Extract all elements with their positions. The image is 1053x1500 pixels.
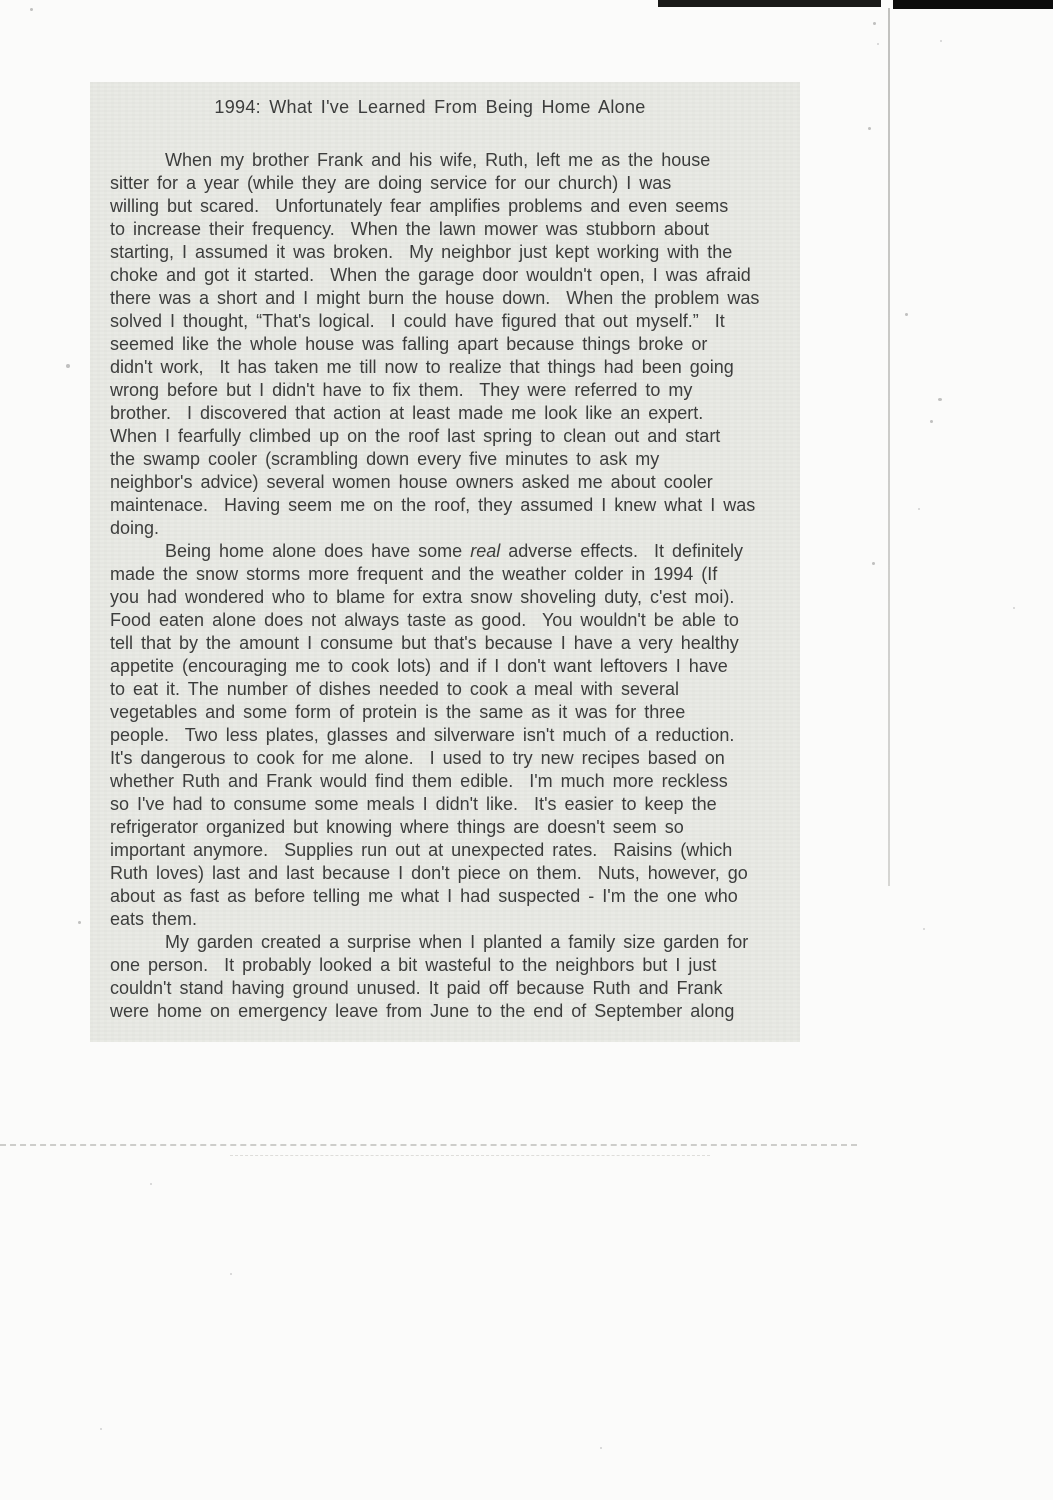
text-run: one person. It probably looked a bit was… [110, 955, 716, 975]
text-line: didn't work, It has taken me till now to… [110, 356, 780, 379]
text-line: choke and got it started. When the garag… [110, 264, 780, 287]
text-run: It's dangerous to cook for me alone. I u… [110, 748, 725, 768]
text-line: so I've had to consume some meals I didn… [110, 793, 780, 816]
document-page: 1994: What I've Learned From Being Home … [90, 82, 800, 1042]
text-line: maintenace. Having seem me on the roof, … [110, 494, 780, 517]
text-run: so I've had to consume some meals I didn… [110, 794, 717, 814]
paper-bottom-edge-dashed-line [0, 1144, 857, 1146]
text-run: eats them. [110, 909, 197, 929]
text-run: tell that by the amount I consume but th… [110, 633, 739, 653]
scan-speck [100, 1428, 102, 1430]
text-run: people. Two less plates, glasses and sil… [110, 725, 734, 745]
scan-speck [938, 398, 942, 401]
document-title: 1994: What I've Learned From Being Home … [110, 96, 750, 119]
text-line: tell that by the amount I consume but th… [110, 632, 780, 655]
text-run: My garden created a surprise when I plan… [165, 932, 748, 952]
text-run: couldn't stand having ground unused. It … [110, 978, 723, 998]
text-line: one person. It probably looked a bit was… [110, 954, 780, 977]
scan-speck [30, 8, 33, 11]
scan-speck [78, 921, 81, 924]
text-line: refrigerator organized but knowing where… [110, 816, 780, 839]
text-line: My garden created a surprise when I plan… [110, 931, 780, 954]
scanner-edge-bar-left [658, 0, 881, 7]
paragraph-house-sitting: When my brother Frank and his wife, Ruth… [110, 149, 780, 540]
text-run: adverse effects. It definitely [500, 541, 743, 561]
text-line: you had wondered who to blame for extra … [110, 586, 780, 609]
text-line: couldn't stand having ground unused. It … [110, 977, 780, 1000]
scan-speck [872, 562, 875, 565]
text-line: sitter for a year (while they are doing … [110, 172, 780, 195]
scan-speck [877, 43, 879, 45]
scan-speck [600, 1447, 602, 1449]
text-line: Ruth loves) last and last because I don'… [110, 862, 780, 885]
text-line: vegetables and some form of protein is t… [110, 701, 780, 724]
scan-speck [873, 22, 876, 25]
text-run: vegetables and some form of protein is t… [110, 702, 685, 722]
text-run: wrong before but I didn't have to fix th… [110, 380, 692, 400]
scan-speck [923, 928, 925, 930]
paragraph-home-alone-effects: Being home alone does have some real adv… [110, 540, 780, 931]
text-run: Being home alone does have some [165, 541, 470, 561]
scan-speck [868, 127, 871, 130]
scan-speck [918, 508, 920, 510]
paragraph-garden: My garden created a surprise when I plan… [110, 931, 780, 1023]
text-line: wrong before but I didn't have to fix th… [110, 379, 780, 402]
scan-speck [940, 40, 942, 42]
text-run: there was a short and I might burn the h… [110, 288, 759, 308]
text-run: solved I thought, “That's logical. I cou… [110, 311, 725, 331]
text-run: important anymore. Supplies run out at u… [110, 840, 732, 860]
text-run: about as fast as before telling me what … [110, 886, 738, 906]
scan-speck [230, 1273, 232, 1275]
text-run: sitter for a year (while they are doing … [110, 173, 671, 193]
scan-speck [66, 364, 70, 368]
text-line: made the snow storms more frequent and t… [110, 563, 780, 586]
text-run: Food eaten alone does not always taste a… [110, 610, 739, 630]
text-run: When my brother Frank and his wife, Ruth… [165, 150, 710, 170]
scan-speck [289, 382, 291, 384]
text-line: Being home alone does have some real adv… [110, 540, 780, 563]
text-run: appetite (encouraging me to cook lots) a… [110, 656, 728, 676]
scanned-document-background: { "colors": { "paper_bg": "#e8e9e4", "ou… [0, 0, 1053, 1500]
scan-speck [1013, 607, 1015, 609]
text-run: starting, I assumed it was broken. My ne… [110, 242, 732, 262]
text-run: willing but scared. Unfortunately fear a… [110, 196, 728, 216]
text-line: were home on emergency leave from June t… [110, 1000, 780, 1023]
paper-edge-vertical-line [888, 8, 890, 886]
text-line: brother. I discovered that action at lea… [110, 402, 780, 425]
text-line: solved I thought, “That's logical. I cou… [110, 310, 780, 333]
text-line: starting, I assumed it was broken. My ne… [110, 241, 780, 264]
text-line: willing but scared. Unfortunately fear a… [110, 195, 780, 218]
text-line: neighbor's advice) several women house o… [110, 471, 780, 494]
text-run: made the snow storms more frequent and t… [110, 564, 717, 584]
text-run: whether Ruth and Frank would find them e… [110, 771, 728, 791]
italic-text: real [470, 541, 500, 561]
text-line: to eat it. The number of dishes needed t… [110, 678, 780, 701]
text-line: important anymore. Supplies run out at u… [110, 839, 780, 862]
scan-speck [150, 1183, 152, 1185]
text-run: were home on emergency leave from June t… [110, 1001, 734, 1021]
text-line: about as fast as before telling me what … [110, 885, 780, 908]
text-line: When my brother Frank and his wife, Ruth… [110, 149, 780, 172]
text-line: It's dangerous to cook for me alone. I u… [110, 747, 780, 770]
text-line: eats them. [110, 908, 780, 931]
scan-speck [930, 420, 933, 423]
text-run: choke and got it started. When the garag… [110, 265, 751, 285]
text-line: When I fearfully climbed up on the roof … [110, 425, 780, 448]
text-run: to increase their frequency. When the la… [110, 219, 709, 239]
text-run: maintenace. Having seem me on the roof, … [110, 495, 755, 515]
text-line: appetite (encouraging me to cook lots) a… [110, 655, 780, 678]
text-run: the swamp cooler (scrambling down every … [110, 449, 659, 469]
text-line: Food eaten alone does not always taste a… [110, 609, 780, 632]
text-run: to eat it. The number of dishes needed t… [110, 679, 679, 699]
paper-crease-line [230, 1155, 710, 1156]
text-line: to increase their frequency. When the la… [110, 218, 780, 241]
text-run: Ruth loves) last and last because I don'… [110, 863, 748, 883]
text-run: doing. [110, 518, 159, 538]
scan-speck [293, 488, 295, 490]
scanner-edge-bar-right [893, 0, 1053, 9]
text-line: people. Two less plates, glasses and sil… [110, 724, 780, 747]
text-run: you had wondered who to blame for extra … [110, 587, 734, 607]
text-run: neighbor's advice) several women house o… [110, 472, 713, 492]
text-run: brother. I discovered that action at lea… [110, 403, 703, 423]
text-run: didn't work, It has taken me till now to… [110, 357, 734, 377]
text-line: seemed like the whole house was falling … [110, 333, 780, 356]
text-line: there was a short and I might burn the h… [110, 287, 780, 310]
text-run: seemed like the whole house was falling … [110, 334, 707, 354]
text-run: refrigerator organized but knowing where… [110, 817, 684, 837]
text-line: the swamp cooler (scrambling down every … [110, 448, 780, 471]
text-line: doing. [110, 517, 780, 540]
scan-speck [905, 313, 908, 316]
text-line: whether Ruth and Frank would find them e… [110, 770, 780, 793]
text-run: When I fearfully climbed up on the roof … [110, 426, 720, 446]
